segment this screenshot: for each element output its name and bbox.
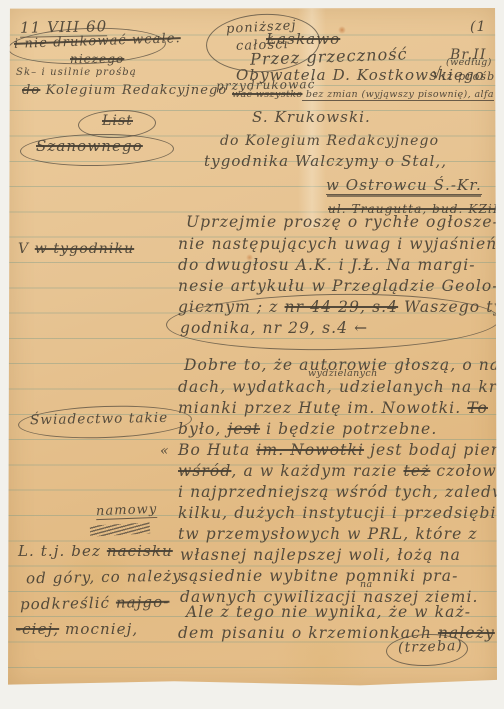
para3-l2-b: czołową [430, 462, 504, 480]
margin-list-struck: List [102, 114, 133, 129]
address-line-2: tygodnika Walczymy o Stal,, [204, 154, 447, 170]
margin-line-4: -ciej, mocniej, [16, 622, 138, 638]
margin-line-1: L. t.j. bez nacisku [18, 544, 173, 560]
para3-l2-a: , a w każdym razie [231, 462, 403, 480]
closing-circled: (trzeba) [398, 639, 463, 656]
para3-line: Bo Huta im. Nowotki jest bodaj pierwszą, [178, 442, 504, 458]
para2-l4-a: było, [178, 420, 228, 438]
margin-line-3: podkreślić najgo- [20, 595, 170, 613]
margin-no-print-2: niczego [70, 53, 124, 66]
address-line-1: do Kolegium Redakcyjnego [220, 134, 439, 149]
margin-l3-a: podkreślić [20, 594, 116, 614]
margin-l4-b: mocniej, [59, 620, 138, 638]
para2-l4-b: i będzie potrzebne. [260, 420, 437, 438]
para2-insert: wydzielanych [308, 369, 378, 379]
margin-l1-struck: nacisku [107, 542, 173, 560]
para1-line: do dwugłosu A.K. i J.Ł. Na margi- [178, 257, 476, 273]
para3-line: i najprzedniejszą wśród tych, zaledwie [178, 484, 504, 500]
checkmark: V [18, 241, 35, 257]
para3-insert: na [360, 580, 373, 590]
para3-line: tw przemysłowych w PRL, które z [178, 526, 478, 542]
margin-tygodniku-struck: w tygodniku [35, 241, 134, 257]
manuscript-page: 11 VIII 60 (1 poniższej całości Łaskawo … [8, 8, 497, 686]
small-rest-part: bez zmian (wyjąwszy pisownię), alfa [302, 89, 493, 101]
margin-przydrukowac: przydrukować [216, 78, 316, 92]
margin-namowy: namowy [96, 503, 158, 520]
margin-kolegium: do Kolegium Redakcyjnego [22, 84, 227, 98]
author-signature: S. Krukowski. [252, 110, 371, 126]
para3-l2-struck1: wśród [178, 462, 231, 480]
para2-line: dach, wydatkach, udzielanych na krze- [178, 379, 504, 395]
paper-stain [258, 638, 388, 682]
insert-mark: « [160, 444, 170, 459]
para4-line: Ale z tego nie wynika, że w każ- [186, 604, 471, 620]
page-number: (1 [470, 20, 487, 35]
para3-l2-struck2: też [403, 462, 430, 480]
para3-line: własnej najlepszej woli, łożą na [180, 547, 461, 563]
para1-line: godnika, nr 29, s.4 ← [180, 320, 368, 336]
margin-tygodniku: V w tygodniku [18, 242, 134, 257]
margin-sk-note: Sk– i usilnie prośbą [16, 68, 137, 79]
margin-l4-struck: -ciej, [16, 620, 59, 638]
para1-l5-b: Waszego ty- [398, 298, 504, 316]
para1-line: Uprzejmie proszę o rychłe ogłosze- [186, 214, 499, 230]
para3-l1-a: Bo Huta [178, 441, 256, 459]
para1-line: nesie artykułu w Przeglądzie Geolo- [178, 278, 499, 294]
insert-side: iż prośba [442, 71, 503, 83]
scan-background: 11 VIII 60 (1 poniższej całości Łaskawo … [0, 0, 504, 709]
para3-l1-b: jest bodaj pierwszą, [364, 441, 504, 459]
para3-line: kilku, dużych instytucji i przedsiębiors… [178, 505, 504, 521]
para1-line: nie następujących uwag i wyjaśnień [178, 236, 497, 252]
para1-l5-struck: nr 44 29, s.4 [285, 298, 399, 316]
margin-szanownego-struck: Szanownego [36, 139, 143, 155]
para2-l4-struck: jest [228, 420, 261, 438]
margin-l1-a: L. t.j. bez [18, 542, 107, 560]
struck-scribble [90, 522, 150, 536]
struck-word-top: Łaskawo [266, 32, 340, 48]
para3-line: wśród, a w każdym razie też czołową [178, 463, 504, 479]
para1-line: gicznym ; z nr 44 29, s.4 Waszego ty- [178, 299, 504, 315]
para2-l3-struck: To [467, 399, 488, 417]
margin-kolegium-text: Kolegium Redakcyjnego [40, 83, 227, 98]
margin-l3-struck: najgo- [116, 593, 170, 612]
address-line-3: w Ostrowcu Ś.-Kr. [326, 178, 482, 195]
para2-line: mianki przez Hutę im. Nowotki. To [178, 400, 488, 416]
para3-line: sąsiednie wybitne pomniki pra- [180, 568, 458, 584]
para2-l3-a: mianki przez Hutę im. Nowotki. [178, 399, 467, 417]
margin-swiadectwo: Świadectwo takie [30, 411, 169, 428]
para3-l1-struck: im. Nowotki [256, 441, 364, 459]
insert-above: (według) [446, 58, 492, 68]
para1-l5-a: gicznym ; z [178, 298, 285, 316]
margin-line-2: od góry, co należy [26, 569, 182, 587]
margin-kolegium-struck: do [22, 83, 40, 98]
para2-line: było, jest i będzie potrzebne. [178, 421, 437, 437]
